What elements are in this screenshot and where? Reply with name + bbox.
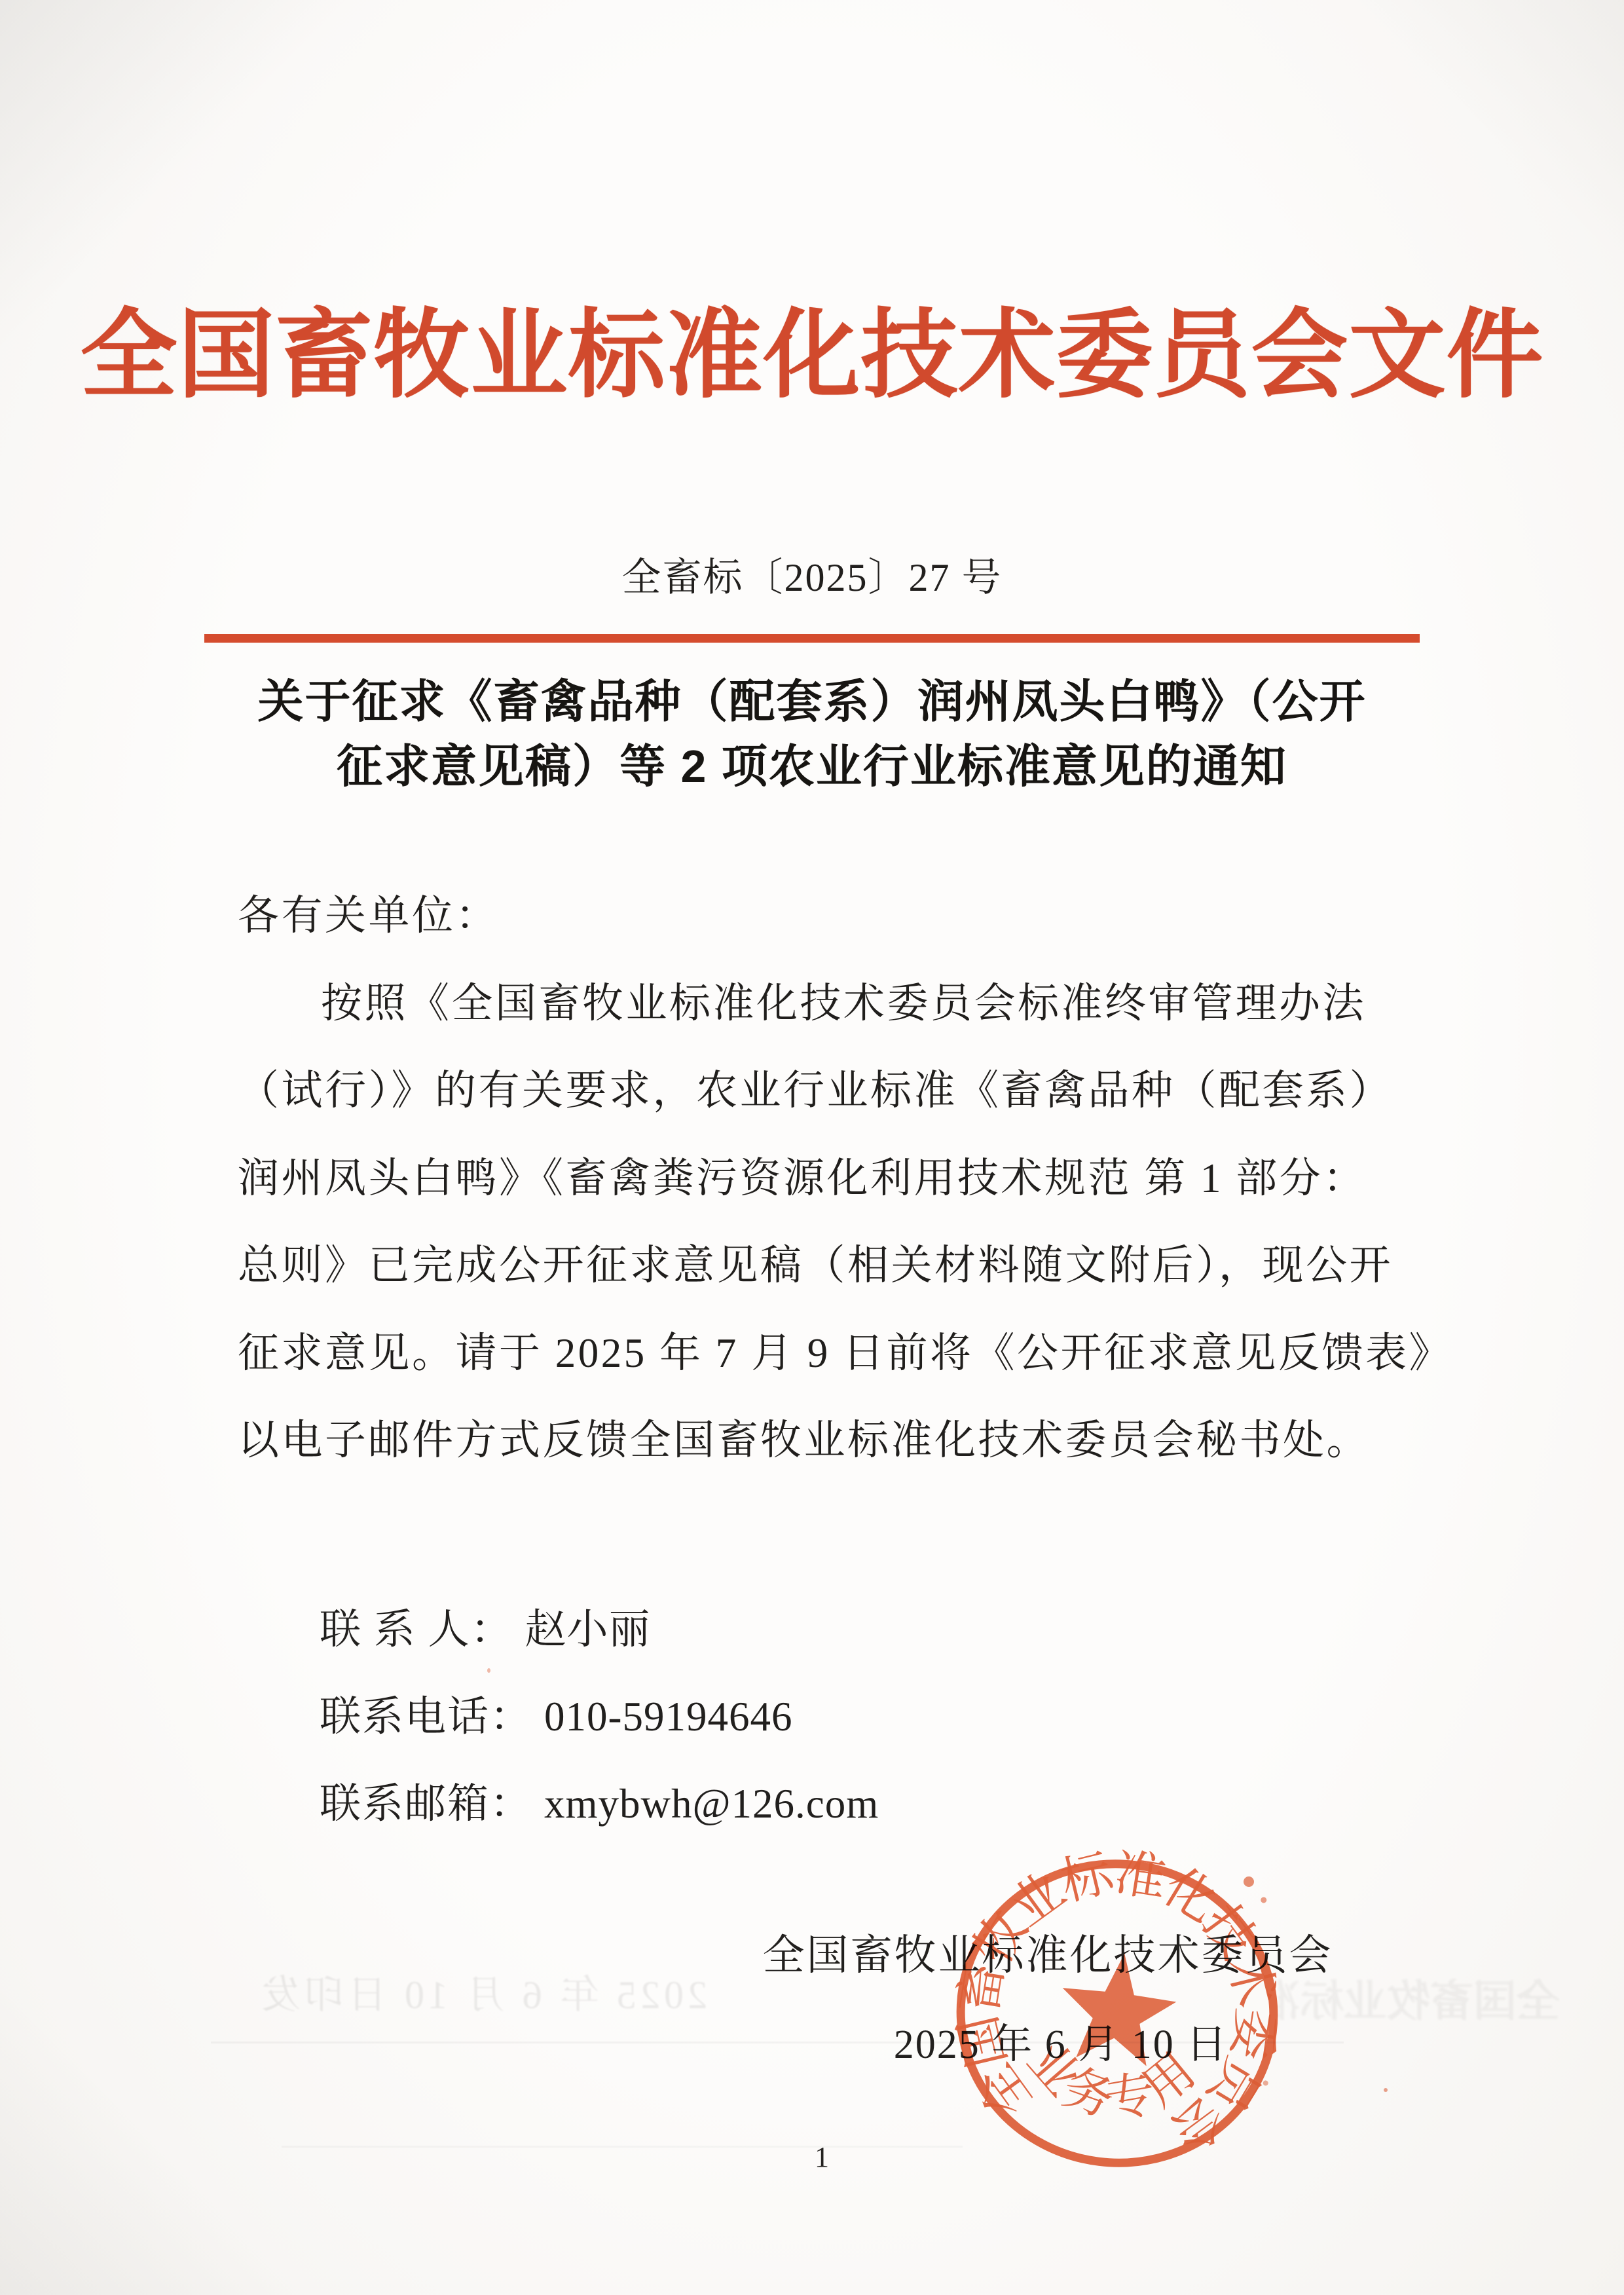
ink-speck: [487, 1668, 490, 1673]
body-text: 各有关单位： 按照《全国畜牧业标准化技术委员会标准终审管理办法 （试行）》的有关…: [238, 872, 1413, 1485]
seal-ink-speck: [1261, 1897, 1267, 1903]
body-line: 按照《全国畜牧业标准化技术委员会标准终审管理办法: [238, 960, 1413, 1048]
body-line: 以电子邮件方式反馈全国畜牧业标准化技术委员会秘书处。: [238, 1397, 1413, 1485]
contact-phone-row: 联系电话：010-59194646: [320, 1673, 1433, 1761]
contact-phone-label: 联系电话：: [320, 1694, 532, 1740]
bleedthrough-date-text: 2025 年 6 月 10 日印发: [275, 1964, 707, 2020]
bleedthrough-rule: [282, 2146, 963, 2148]
body-line: 润州凤头白鸭》《畜禽粪污资源化利用技术规范 第 1 部分：: [238, 1135, 1413, 1223]
official-seal: 全国畜牧业标准化技术委员会 业务专用: [946, 1847, 1289, 2184]
contact-email-label: 联系邮箱：: [320, 1781, 532, 1827]
contact-email-value: xmybwh@126.com: [544, 1781, 879, 1827]
red-divider-rule: [204, 634, 1420, 643]
salutation: 各有关单位：: [238, 872, 1413, 960]
ink-speck: [1384, 2088, 1388, 2092]
document-page: 全国畜牧业标准化技术委员会文件 全畜标〔2025〕27 号 关于征求《畜禽品种（…: [0, 0, 1624, 2295]
letterhead-title: 全国畜牧业标准化技术委员会文件: [0, 296, 1624, 417]
notice-title-line2: 征求意见稿）等 2 项农业行业标准意见的通知: [118, 734, 1506, 799]
body-line: （试行）》的有关要求，农业行业标准《畜禽品种（配套系）: [238, 1047, 1413, 1135]
seal-group: 全国畜牧业标准化技术委员会 业务专用: [946, 1847, 1289, 2182]
body-line: 总则》已完成公开征求意见稿（相关材料随文附后），现公开: [238, 1222, 1413, 1310]
contact-person-label: 联 系 人：: [320, 1607, 513, 1652]
contact-phone-value: 010-59194646: [544, 1694, 792, 1740]
contact-person-row: 联 系 人：赵小丽: [320, 1586, 1433, 1673]
contact-info: 联 系 人：赵小丽 联系电话：010-59194646 联系邮箱：xmybwh@…: [320, 1586, 1433, 1848]
seal-ink-speck: [1243, 1876, 1255, 1888]
notice-title-line1: 关于征求《畜禽品种（配套系）润州凤头白鸭》（公开: [118, 669, 1506, 734]
notice-title: 关于征求《畜禽品种（配套系）润州凤头白鸭》（公开 征求意见稿）等 2 项农业行业…: [118, 669, 1506, 799]
contact-person-value: 赵小丽: [525, 1607, 651, 1652]
body-line: 征求意见。请于 2025 年 7 月 9 日前将《公开征求意见反馈表》: [238, 1310, 1413, 1398]
contact-email-row: 联系邮箱：xmybwh@126.com: [320, 1761, 1433, 1848]
document-number: 全畜标〔2025〕27 号: [0, 551, 1624, 604]
